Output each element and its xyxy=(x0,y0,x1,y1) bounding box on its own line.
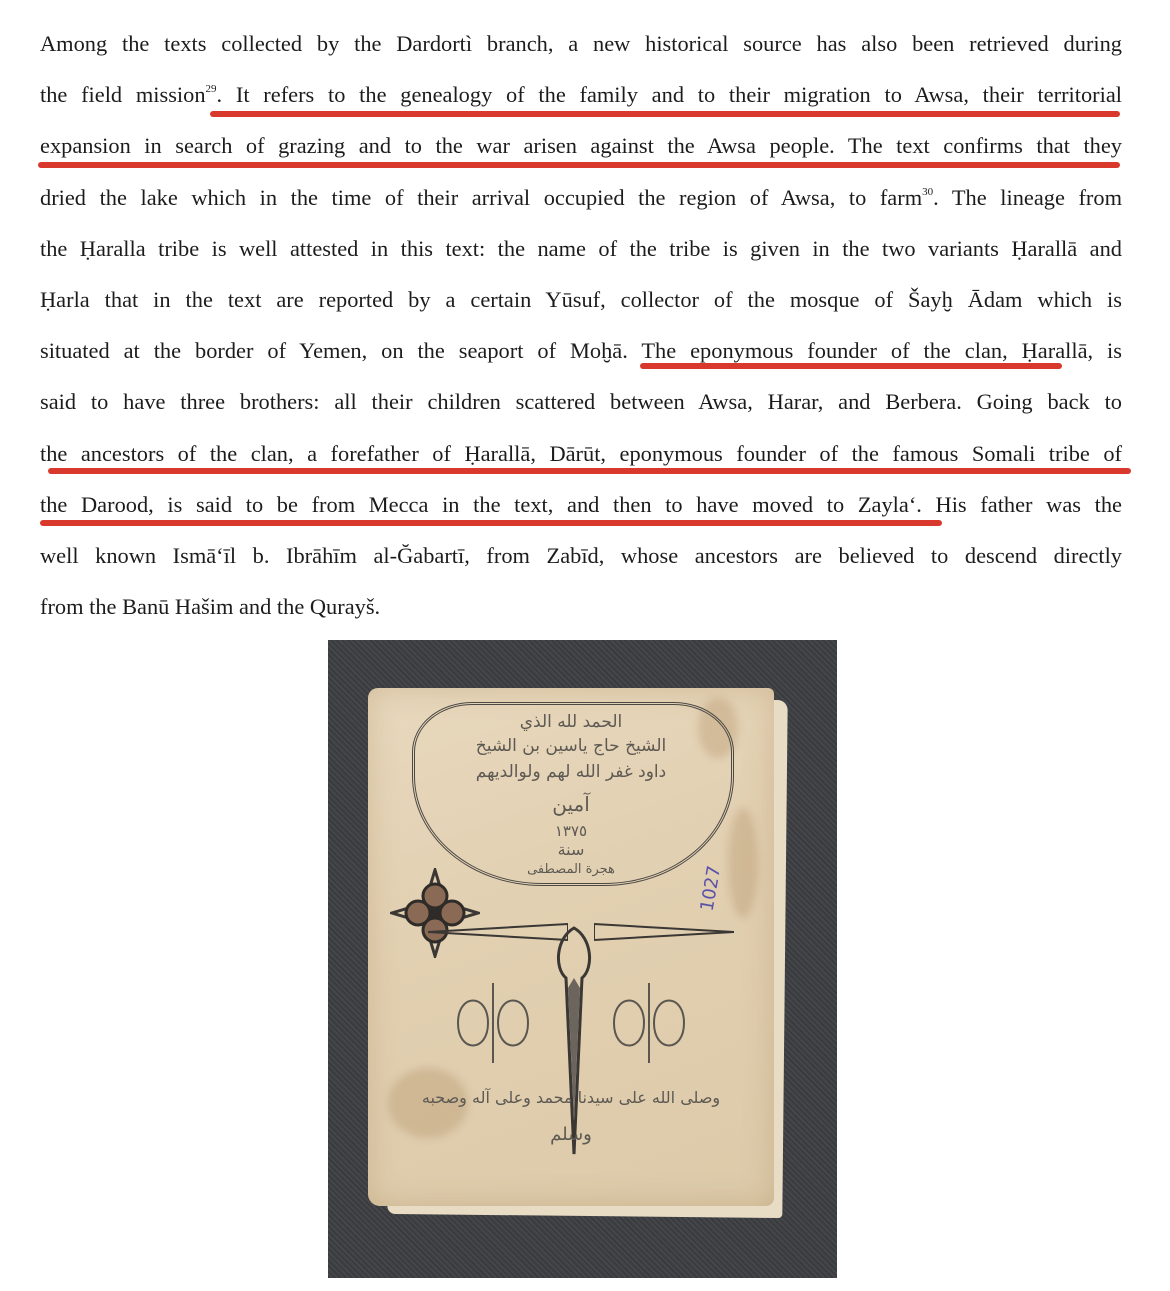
highlight-underline xyxy=(38,162,1120,168)
line-text: Ḥarla that in the text are reported by a… xyxy=(40,287,1122,312)
highlight-underline xyxy=(210,111,1120,117)
line-text: the Darood, is said to be from Mecca in … xyxy=(40,492,1122,517)
text-line-5: the Ḥaralla tribe is well attested in th… xyxy=(40,223,1122,274)
text-line-7: situated at the border of Yemen, on the … xyxy=(40,325,1122,376)
line-text: the field mission xyxy=(40,82,206,107)
line-text: well known Ismā‘īl b. Ibrāhīm al-Ğabartī… xyxy=(40,543,1122,568)
highlight-underline xyxy=(640,363,1062,369)
arabic-text: وسلم xyxy=(368,1124,774,1145)
manuscript-page: الحمد لله الذي الشيخ حاج ياسين بن الشيخ … xyxy=(368,688,774,1206)
arabic-text: الحمد لله الذي xyxy=(368,712,774,732)
flower-ornament-icon xyxy=(390,868,480,958)
dagger-ornament-icon xyxy=(546,918,602,1158)
line-text: expansion in search of grazing and to th… xyxy=(40,133,1122,158)
text-line-9: the ancestors of the clan, a forefather … xyxy=(40,428,1122,479)
line-text: dried the lake which in the time of thei… xyxy=(40,185,922,210)
line-text: from the Banū Hašim and the Qurayš. xyxy=(40,594,380,619)
line-text: Among the texts collected by the Dardort… xyxy=(40,31,1122,56)
footnote-ref-30[interactable]: 30 xyxy=(922,186,933,198)
line-text: the ancestors of the clan, a forefather … xyxy=(40,441,1122,466)
text-line-6: Ḥarla that in the text are reported by a… xyxy=(40,274,1122,325)
arabic-blessing-text: وصلى الله على سيدنا محمد وعلى آله وصحبه xyxy=(368,1088,774,1107)
text-line-2: the field mission29. It refers to the ge… xyxy=(40,69,1122,120)
line-text: . It refers to the genealogy of the fami… xyxy=(217,82,1122,107)
line-text: said to have three brothers: all their c… xyxy=(40,389,1122,414)
right-blade-ornament-icon xyxy=(594,920,734,944)
text-line-12: from the Banū Hašim and the Qurayš. xyxy=(40,581,1122,632)
footnote-ref-29[interactable]: 29 xyxy=(206,83,217,95)
text-line-1: Among the texts collected by the Dardort… xyxy=(40,18,1122,69)
line-text: . The lineage from xyxy=(933,185,1122,210)
arabic-text: سنة xyxy=(368,840,774,859)
arabic-date: ١٣٧٥ xyxy=(368,822,774,840)
text-line-8: said to have three brothers: all their c… xyxy=(40,376,1122,427)
calligraphy-knot-left-icon xyxy=(448,978,538,1068)
line-text: the Ḥaralla tribe is well attested in th… xyxy=(40,236,1122,261)
text-line-10: the Darood, is said to be from Mecca in … xyxy=(40,479,1122,530)
text-line-11: well known Ismā‘īl b. Ibrāhīm al-Ğabartī… xyxy=(40,530,1122,581)
line-text: situated at the border of Yemen, on the … xyxy=(40,338,1122,363)
calligraphy-knot-right-icon xyxy=(604,978,694,1068)
left-blade-ornament-icon xyxy=(428,920,568,944)
arabic-text: آمين xyxy=(368,792,774,816)
arabic-text: الشيخ حاج ياسين بن الشيخ xyxy=(368,736,774,756)
highlight-underline xyxy=(48,468,1131,474)
text-line-3: expansion in search of grazing and to th… xyxy=(40,120,1122,171)
document-body: Among the texts collected by the Dardort… xyxy=(40,18,1122,632)
text-line-4: dried the lake which in the time of thei… xyxy=(40,172,1122,223)
arabic-text: داود غفر الله لهم ولوالديهم xyxy=(368,762,774,782)
manuscript-photo: الحمد لله الذي الشيخ حاج ياسين بن الشيخ … xyxy=(328,640,837,1278)
highlight-underline xyxy=(40,520,942,526)
